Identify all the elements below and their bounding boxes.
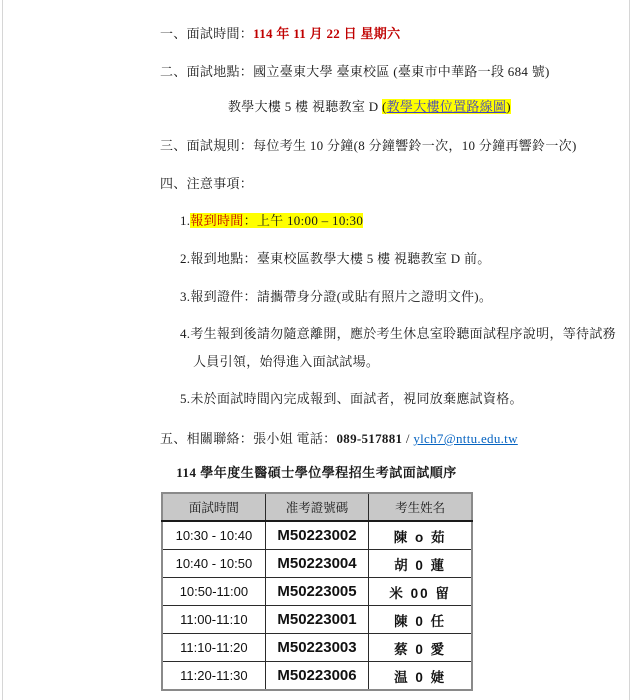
classroom-text: 教學大樓 5 樓 視聽教室 D	[228, 99, 382, 114]
cell-ticket: M50223005	[265, 578, 368, 606]
table-row: 11:10-11:20 M50223003 蔡 0 愛	[162, 634, 472, 662]
checkin-time-value: ：上午 10:00 – 10:30	[244, 213, 364, 228]
table-row: 10:50-11:00 M50223005 米 00 留	[162, 578, 472, 606]
notes-header: 四、注意事項：	[160, 173, 253, 192]
note5-text: 未於面試時間內完成報到、面試者，視同放棄應試資格。	[190, 391, 523, 406]
schedule-title: 114 學年度生醫碩士學位學程招生考試面試順序	[160, 462, 473, 481]
checkin-time-highlight: 報到時間：上午 10:00 – 10:30	[190, 213, 363, 228]
interview-location-label: 二、面試地點：	[160, 64, 253, 79]
contact-separator: /	[402, 431, 413, 446]
table-row: 11:00-11:10 M50223001 陳 0 任	[162, 606, 472, 634]
cell-time: 11:10-11:20	[162, 634, 265, 662]
header-interview-time: 面試時間	[162, 493, 265, 521]
note4-text-line2: 人員引領，始得進入面試試場。	[193, 354, 379, 369]
note-checkin-id: 3.報到證件：請攜帶身分證(或貼有照片之證明文件)。	[180, 286, 492, 305]
note-waiting-rule-line1: 4.考生報到後請勿隨意離開，應於考生休息室聆聽面試程序說明，等待試務	[180, 323, 616, 342]
table-row: 10:40 - 10:50 M50223004 胡 0 蓮	[162, 550, 472, 578]
cell-name: 陳 o 茹	[369, 521, 472, 550]
interview-location-text: 國立臺東大學 臺東校區 (臺東市中華路一段 684 號)	[253, 64, 550, 79]
interview-rules-label: 三、面試規則：	[160, 138, 253, 153]
note2-number: 2.	[180, 251, 190, 266]
note3-number: 3.	[180, 289, 190, 304]
checkin-time-red: 報到時間	[190, 213, 243, 228]
contact-label: 五、相關聯絡：	[160, 431, 253, 446]
cell-ticket: M50223003	[265, 634, 368, 662]
interview-location-line: 二、面試地點：國立臺東大學 臺東校區 (臺東市中華路一段 684 號)	[160, 61, 550, 80]
cell-ticket: M50223002	[265, 521, 368, 550]
note4-number: 4.	[180, 326, 190, 341]
map-link-highlight: (教學大樓位置路線圖)	[382, 99, 511, 114]
page-right-edge	[629, 0, 630, 700]
cell-name: 陳 0 任	[369, 606, 472, 634]
interview-time-line: 一、面試時間：114 年 11 月 22 日 星期六	[160, 23, 400, 42]
header-ticket-number: 准考證號碼	[265, 493, 368, 521]
note4-text-line1: 考生報到後請勿隨意離開，應於考生休息室聆聽面試程序說明，等待試務	[190, 326, 616, 341]
note-waiting-rule-line2: 人員引領，始得進入面試試場。	[193, 351, 379, 370]
note1-number: 1.	[180, 213, 190, 228]
note-checkin-place: 2.報到地點：臺東校區教學大樓 5 樓 視聽教室 D 前。	[180, 248, 491, 267]
table-header-row: 面試時間 准考證號碼 考生姓名	[162, 493, 472, 521]
cell-time: 10:40 - 10:50	[162, 550, 265, 578]
table-row: 11:20-11:30 M50223006 温 0 婕	[162, 662, 472, 691]
schedule-table-header: 面試時間 准考證號碼 考生姓名	[162, 493, 472, 521]
cell-name: 胡 0 蓮	[369, 550, 472, 578]
close-paren: )	[506, 99, 511, 114]
schedule-table-body: 10:30 - 10:40 M50223002 陳 o 茹 10:40 - 10…	[162, 521, 472, 690]
cell-ticket: M50223001	[265, 606, 368, 634]
cell-name: 米 00 留	[369, 578, 472, 606]
interview-time-label: 一、面試時間：	[160, 26, 253, 41]
cell-name: 蔡 0 愛	[369, 634, 472, 662]
note-checkin-time: 1.報到時間：上午 10:00 – 10:30	[180, 210, 363, 229]
contact-person: 張小姐 電話：	[253, 431, 336, 446]
interview-date: 114 年 11 月 22 日 星期六	[253, 26, 400, 41]
classroom-line: 教學大樓 5 樓 視聽教室 D (教學大樓位置路線圖)	[228, 96, 511, 115]
interview-notice-document: 一、面試時間：114 年 11 月 22 日 星期六 二、面試地點：國立臺東大學…	[0, 0, 634, 700]
contact-email-link[interactable]: ylch7@nttu.edu.tw	[413, 431, 517, 446]
cell-name: 温 0 婕	[369, 662, 472, 691]
interview-rules-line: 三、面試規則：每位考生 10 分鐘(8 分鐘響鈴一次，10 分鐘再響鈴一次)	[160, 135, 577, 154]
cell-ticket: M50223004	[265, 550, 368, 578]
cell-time: 11:00-11:10	[162, 606, 265, 634]
note5-number: 5.	[180, 391, 190, 406]
note-forfeit-rule: 5.未於面試時間內完成報到、面試者，視同放棄應試資格。	[180, 388, 523, 407]
contact-phone: 089-517881	[336, 431, 402, 446]
cell-time: 10:50-11:00	[162, 578, 265, 606]
cell-ticket: M50223006	[265, 662, 368, 691]
note3-text: 報到證件：請攜帶身分證(或貼有照片之證明文件)。	[190, 289, 492, 304]
contact-line: 五、相關聯絡：張小姐 電話：089-517881 / ylch7@nttu.ed…	[160, 428, 518, 447]
table-row: 10:30 - 10:40 M50223002 陳 o 茹	[162, 521, 472, 550]
page-left-edge	[2, 0, 3, 700]
building-map-link[interactable]: 教學大樓位置路線圖	[387, 99, 507, 114]
interview-rules-text: 每位考生 10 分鐘(8 分鐘響鈴一次，10 分鐘再響鈴一次)	[253, 138, 576, 153]
note2-text: 報到地點：臺東校區教學大樓 5 樓 視聽教室 D 前。	[190, 251, 490, 266]
interview-schedule-table: 面試時間 准考證號碼 考生姓名 10:30 - 10:40 M50223002 …	[161, 492, 473, 691]
header-candidate-name: 考生姓名	[369, 493, 472, 521]
cell-time: 10:30 - 10:40	[162, 521, 265, 550]
cell-time: 11:20-11:30	[162, 662, 265, 691]
